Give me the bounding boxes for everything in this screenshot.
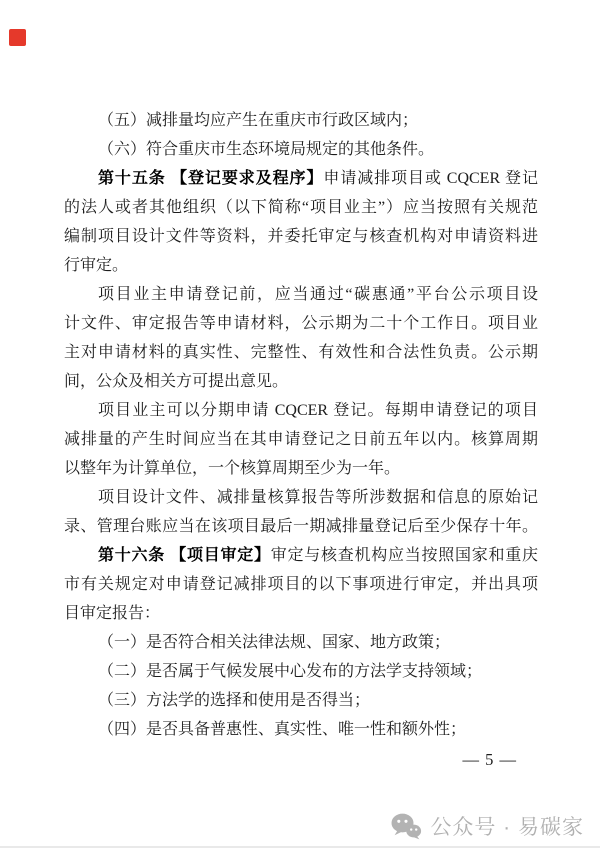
body-text: 间，公众及相关方可提出意见。	[64, 373, 288, 390]
body-text: 项目设计文件、减排量核算报告等所涉数据和信息的原始记	[98, 489, 538, 506]
body-text: （三）方法学的选择和使用是否得当；	[98, 692, 370, 709]
document-page: （五）减排量均应产生在重庆市行政区域内；（六）符合重庆市生态环境局规定的其他条件…	[0, 0, 600, 848]
body-text: 主对申请材料的真实性、完整性、有效性和合法性负责。公示期	[64, 344, 538, 361]
text-line: 以整年为计算单位，一个核算周期至少为一年。	[64, 454, 538, 483]
bold-heading: 第十六条 【项目审定】	[98, 547, 271, 564]
wechat-icon	[391, 813, 422, 840]
watermark: 公众号 · 易碳家	[391, 811, 584, 841]
body-text: 录、管理台账应当在该项目最后一期减排量登记后至少保存十年。	[64, 518, 538, 535]
text-line: 第十六条 【项目审定】审定与核查机构应当按照国家和重庆	[64, 541, 538, 570]
text-line: （一）是否符合相关法律法规、国家、地方政策；	[64, 628, 538, 657]
document-body: （五）减排量均应产生在重庆市行政区域内；（六）符合重庆市生态环境局规定的其他条件…	[64, 106, 538, 744]
text-line: 项目业主可以分期申请 CQCER 登记。每期申请登记的项目	[64, 396, 538, 425]
text-line: 编制项目设计文件等资料，并委托审定与核查机构对申请资料进	[64, 222, 538, 251]
body-text: 的法人或者其他组织（以下简称“项目业主”）应当按照有关规范	[64, 199, 538, 216]
body-text: 项目业主可以分期申请 CQCER 登记。每期申请登记的项目	[98, 402, 538, 419]
text-line: 间，公众及相关方可提出意见。	[64, 367, 538, 396]
text-line: 项目设计文件、减排量核算报告等所涉数据和信息的原始记	[64, 483, 538, 512]
body-text: （五）减排量均应产生在重庆市行政区域内；	[98, 112, 418, 129]
text-line: （六）符合重庆市生态环境局规定的其他条件。	[64, 135, 538, 164]
body-text: 编制项目设计文件等资料，并委托审定与核查机构对申请资料进	[64, 228, 538, 245]
red-square-marker	[9, 29, 26, 46]
body-text: 以整年为计算单位，一个核算周期至少为一年。	[64, 460, 400, 477]
body-text: （四）是否具备普惠性、真实性、唯一性和额外性；	[98, 721, 466, 738]
body-text: 申请减排项目或 CQCER 登记	[323, 170, 538, 187]
text-line: （五）减排量均应产生在重庆市行政区域内；	[64, 106, 538, 135]
body-text: （二）是否属于气候发展中心发布的方法学支持领域；	[98, 663, 482, 680]
body-text: 计文件、审定报告等申请材料，公示期为二十个工作日。项目业	[64, 315, 538, 332]
text-line: 项目业主申请登记前，应当通过“碳惠通”平台公示项目设	[64, 280, 538, 309]
body-text: 行审定。	[64, 257, 128, 274]
body-text: 减排量的产生时间应当在其申请登记之日前五年以内。核算周期	[64, 431, 538, 448]
body-text: 市有关规定对申请登记减排项目的以下事项进行审定，并出具项	[64, 576, 538, 593]
body-text: （一）是否符合相关法律法规、国家、地方政策；	[98, 634, 450, 651]
text-line: 主对申请材料的真实性、完整性、有效性和合法性负责。公示期	[64, 338, 538, 367]
body-text: （六）符合重庆市生态环境局规定的其他条件。	[98, 141, 434, 158]
text-line: 市有关规定对申请登记减排项目的以下事项进行审定，并出具项	[64, 570, 538, 599]
text-line: （二）是否属于气候发展中心发布的方法学支持领域；	[64, 657, 538, 686]
text-line: （三）方法学的选择和使用是否得当；	[64, 686, 538, 715]
text-line: 录、管理台账应当在该项目最后一期减排量登记后至少保存十年。	[64, 512, 538, 541]
body-text: 目审定报告：	[64, 605, 160, 622]
text-line: （四）是否具备普惠性、真实性、唯一性和额外性；	[64, 715, 538, 744]
text-line: 的法人或者其他组织（以下简称“项目业主”）应当按照有关规范	[64, 193, 538, 222]
body-text: 项目业主申请登记前，应当通过“碳惠通”平台公示项目设	[98, 286, 538, 303]
page-number: — 5 —	[64, 750, 538, 770]
text-line: 目审定报告：	[64, 599, 538, 628]
bold-heading: 第十五条 【登记要求及程序】	[98, 170, 323, 187]
text-line: 第十五条 【登记要求及程序】申请减排项目或 CQCER 登记	[64, 164, 538, 193]
text-line: 行审定。	[64, 251, 538, 280]
text-line: 计文件、审定报告等申请材料，公示期为二十个工作日。项目业	[64, 309, 538, 338]
text-line: 减排量的产生时间应当在其申请登记之日前五年以内。核算周期	[64, 425, 538, 454]
watermark-label: 公众号 · 易碳家	[430, 811, 584, 841]
body-text: 审定与核查机构应当按照国家和重庆	[271, 547, 538, 564]
